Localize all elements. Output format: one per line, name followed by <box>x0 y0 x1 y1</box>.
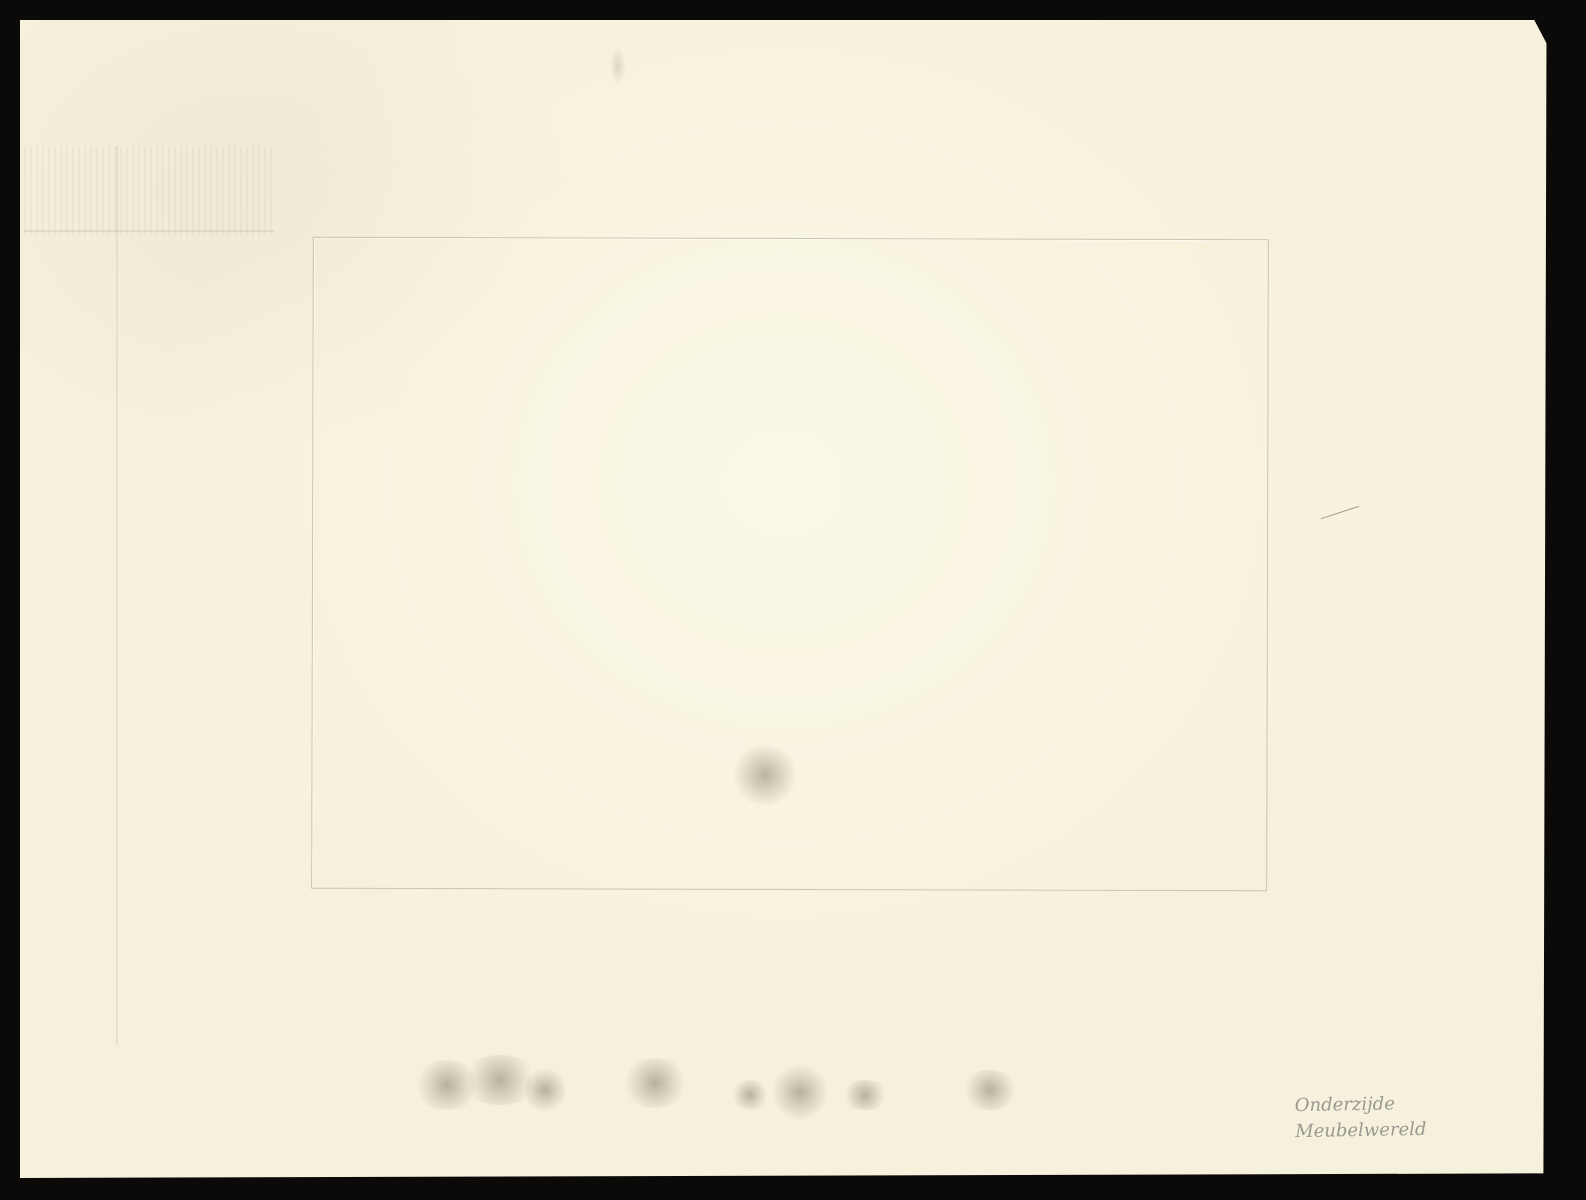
ink-smudge <box>960 1070 1020 1110</box>
ink-smudge <box>730 1080 770 1110</box>
annotation-line-2: Meubelwereld <box>1295 1117 1427 1145</box>
paper-sheet: Onderzijde Meubelwereld <box>20 20 1548 1178</box>
ink-smudge <box>525 1065 565 1115</box>
ink-smudge <box>840 1080 890 1110</box>
annotation-line-1: Onderzijde <box>1295 1091 1427 1119</box>
ink-smudge <box>730 745 800 805</box>
stain-mark <box>610 46 626 86</box>
ink-smudge <box>620 1058 690 1108</box>
pencil-mark <box>1321 506 1359 519</box>
ink-smudge <box>770 1065 830 1120</box>
pencil-annotation: Onderzijde Meubelwereld <box>1295 1091 1427 1145</box>
offset-ghost-print <box>24 146 274 236</box>
offset-ghost-line-vertical <box>116 146 118 1046</box>
offset-ghost-line-horizontal <box>24 230 274 232</box>
